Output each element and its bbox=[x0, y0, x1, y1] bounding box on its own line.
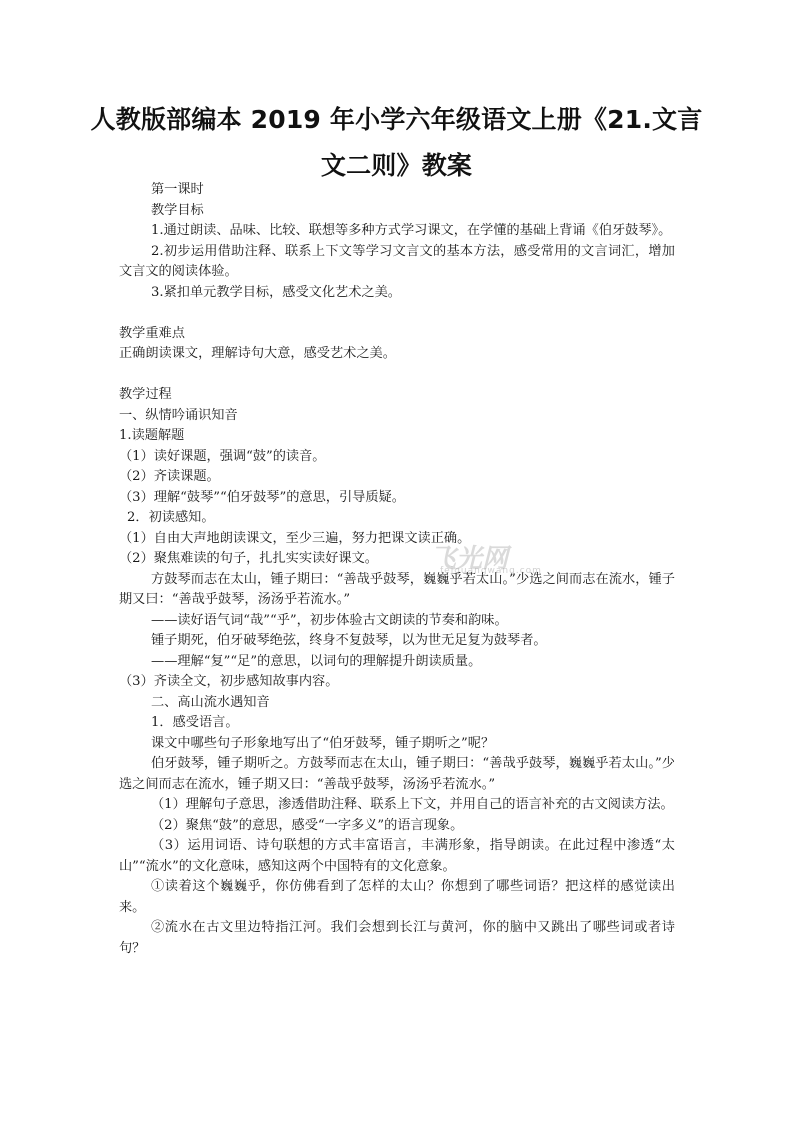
reading-note-2: ——理解“复”“足”的意思，以词句的理解提升朗读质量。 bbox=[119, 652, 675, 673]
objective-3: 3.紧扣单元教学目标，感受文化艺术之美。 bbox=[119, 283, 675, 304]
step-2-item-1: （1）自由大声地朗读课文，至少三遍，努力把课文读正确。 bbox=[119, 529, 675, 550]
part-2-item-1: （1）理解句子意思，渗透借助注释、联系上下文，并用自己的语言补充的古文阅读方法。 bbox=[119, 795, 675, 816]
part-1-heading: 一、纵情吟诵识知音 bbox=[119, 406, 675, 427]
answer-quote: 伯牙鼓琴，锺子期听之。方鼓琴而志在太山，锺子期曰：“善哉乎鼓琴，巍巍乎若太山。”… bbox=[119, 754, 675, 795]
section-heading-process: 教学过程 bbox=[119, 385, 675, 406]
part-2-item-3: （3）运用词语、诗句联想的方式丰富语言，丰满形象，指导朗读。在此过程中渗透“太山… bbox=[119, 836, 675, 877]
document-body: 第一课时 教学目标 1.通过朗读、品味、比较、联想等多种方式学习课文，在学懂的基… bbox=[119, 180, 675, 959]
part-2-heading: 二、高山流水遇知音 bbox=[119, 693, 675, 714]
reading-note-1: ——读好语气词“哉”“乎”，初步体验古文朗读的节奏和韵味。 bbox=[119, 611, 675, 632]
document-title-line-1: 人教版部编本 2019 年小学六年级语文上册《21.文言 bbox=[80, 100, 713, 136]
document-page: 人教版部编本 2019 年小学六年级语文上册《21.文言 文二则》教案 第一课时… bbox=[0, 0, 793, 1122]
part-2-step-1: 1．感受语言。 bbox=[119, 713, 675, 734]
section-heading-objectives: 教学目标 bbox=[119, 201, 675, 222]
section-heading-key-points: 教学重难点 bbox=[119, 324, 675, 345]
step-2-heading: 2．初读感知。 bbox=[119, 508, 675, 529]
step-2-item-2: （2）聚焦难读的句子，扎扎实实读好课文。 bbox=[119, 549, 675, 570]
step-1-heading: 1.读题解题 bbox=[119, 426, 675, 447]
step-1-item-3: （3）理解“鼓琴”“伯牙鼓琴”的意思，引导质疑。 bbox=[119, 488, 675, 509]
guided-question-1: ①读着这个巍巍乎，你仿佛看到了怎样的太山？你想到了哪些词语？把这样的感觉读出来。 bbox=[119, 877, 675, 918]
classical-text-ending: 锺子期死，伯牙破琴绝弦，终身不复鼓琴，以为世无足复为鼓琴者。 bbox=[119, 631, 675, 652]
step-2-item-3: （3）齐读全文，初步感知故事内容。 bbox=[119, 672, 675, 693]
part-2-item-2: （2）聚焦“鼓”的意思，感受“一字多义”的语言现象。 bbox=[119, 816, 675, 837]
classical-text-quote: 方鼓琴而志在太山，锺子期曰：“善哉乎鼓琴，巍巍乎若太山。”少选之间而志在流水，锺… bbox=[119, 570, 675, 611]
spacer bbox=[119, 365, 675, 386]
step-1-item-1: （1）读好课题，强调“鼓”的读音。 bbox=[119, 447, 675, 468]
lesson-period: 第一课时 bbox=[119, 180, 675, 201]
question-text: 课文中哪些句子形象地写出了“伯牙鼓琴，锺子期听之”呢？ bbox=[119, 734, 675, 755]
spacer bbox=[119, 303, 675, 324]
objective-1: 1.通过朗读、品味、比较、联想等多种方式学习课文，在学懂的基础上背诵《伯牙鼓琴》… bbox=[119, 221, 675, 242]
step-1-item-2: （2）齐读课题。 bbox=[119, 467, 675, 488]
objective-2: 2.初步运用借助注释、联系上下文等学习文言文的基本方法，感受常用的文言词汇，增加… bbox=[119, 242, 675, 283]
guided-question-2: ②流水在古文里边特指江河。我们会想到长江与黄河，你的脑中又跳出了哪些词或者诗句？ bbox=[119, 918, 675, 959]
document-title-line-2: 文二则》教案 bbox=[80, 146, 713, 182]
key-points-text: 正确朗读课文，理解诗句大意，感受艺术之美。 bbox=[119, 344, 675, 365]
